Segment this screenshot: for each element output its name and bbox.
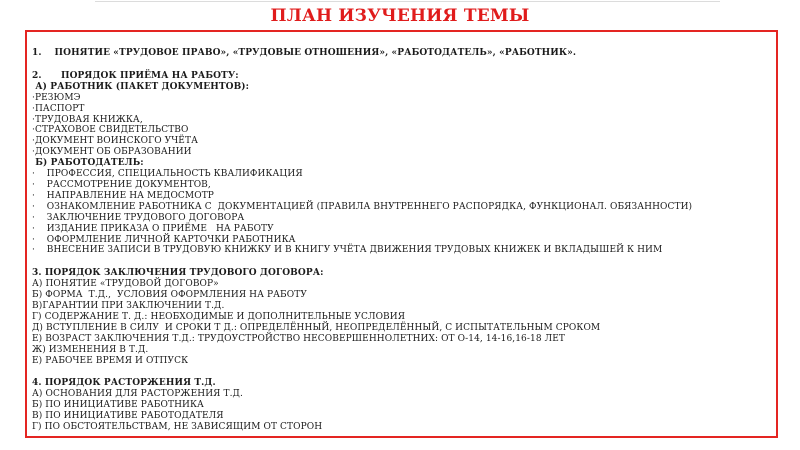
top-edge-divider (95, 1, 720, 2)
plan-text-line: · НАПРАВЛЕНИЕ НА МЕДОСМОТР (32, 191, 772, 202)
plan-text-line: · ЗАКЛЮЧЕНИЕ ТРУДОВОГО ДОГОВОРА (32, 213, 772, 224)
plan-text-line: А) ОСНОВАНИЯ ДЛЯ РАСТОРЖЕНИЯ Т.Д. (32, 389, 772, 400)
slide-title: ПЛАН ИЗУЧЕНИЯ ТЕМЫ (0, 6, 800, 26)
plan-text-line: В)ГАРАНТИИ ПРИ ЗАКЛЮЧЕНИИ Т.Д. (32, 301, 772, 312)
content-frame: 1. ПОНЯТИЕ «ТРУДОВОЕ ПРАВО», «ТРУДОВЫЕ О… (25, 30, 778, 438)
plan-text-line: Г) ПО ОБСТОЯТЕЛЬСТВАМ, НЕ ЗАВИСЯЩИМ ОТ С… (32, 422, 772, 433)
plan-text-line: · ИЗДАНИЕ ПРИКАЗА О ПРИЁМЕ НА РАБОТУ (32, 224, 772, 235)
section-2: 2. ПОРЯДОК ПРИЁМА НА РАБОТУ: А) РАБОТНИК… (32, 71, 772, 256)
plan-text-line: Ж) ИЗМЕНЕНИЯ В Т.Д. (32, 345, 772, 356)
presentation-slide: ПЛАН ИЗУЧЕНИЯ ТЕМЫ 1. ПОНЯТИЕ «ТРУДОВОЕ … (0, 0, 800, 450)
plan-text-line: ·ПАСПОРТ (32, 104, 772, 115)
plan-heading-line: 4. ПОРЯДОК РАСТОРЖЕНИЯ Т.Д. (32, 378, 772, 389)
plan-text-line: ·РЕЗЮМЭ (32, 93, 772, 104)
plan-text-line: · ОЗНАКОМЛЕНИЕ РАБОТНИКА С ДОКУМЕНТАЦИЕЙ… (32, 202, 772, 213)
plan-text-line: · РАССМОТРЕНИЕ ДОКУМЕНТОВ, (32, 180, 772, 191)
plan-text-line: · ПРОФЕССИЯ, СПЕЦИАЛЬНОСТЬ КВАЛИФИКАЦИЯ (32, 169, 772, 180)
plan-heading-line: 2. ПОРЯДОК ПРИЁМА НА РАБОТУ: (32, 71, 772, 82)
plan-text-line: Е) ВОЗРАСТ ЗАКЛЮЧЕНИЯ Т.Д.: ТРУДОУСТРОЙС… (32, 334, 772, 345)
plan-text-line: Б) ФОРМА Т.Д., УСЛОВИЯ ОФОРМЛЕНИЯ НА РАБ… (32, 290, 772, 301)
plan-text-line: Б) ПО ИНИЦИАТИВЕ РАБОТНИКА (32, 400, 772, 411)
section-3: 3. ПОРЯДОК ЗАКЛЮЧЕНИЯ ТРУДОВОГО ДОГОВОРА… (32, 268, 772, 366)
section-1: 1. ПОНЯТИЕ «ТРУДОВОЕ ПРАВО», «ТРУДОВЫЕ О… (32, 48, 772, 59)
plan-text-line: А) ПОНЯТИЕ «ТРУДОВОЙ ДОГОВОР» (32, 279, 772, 290)
plan-heading-line: А) РАБОТНИК (ПАКЕТ ДОКУМЕНТОВ): (32, 82, 772, 93)
plan-heading-line: Б) РАБОТОДАТЕЛЬ: (32, 158, 772, 169)
plan-text-line: В) ПО ИНИЦИАТИВЕ РАБОТОДАТЕЛЯ (32, 411, 772, 422)
plan-heading-line: 3. ПОРЯДОК ЗАКЛЮЧЕНИЯ ТРУДОВОГО ДОГОВОРА… (32, 268, 772, 279)
plan-text-line: Е) РАБОЧЕЕ ВРЕМЯ И ОТПУСК (32, 356, 772, 367)
plan-text-line: Д) ВСТУПЛЕНИЕ В СИЛУ И СРОКИ Т Д.: ОПРЕД… (32, 323, 772, 334)
plan-text-line: ·ДОКУМЕНТ ВОИНСКОГО УЧЁТА (32, 136, 772, 147)
plan-heading-line: 1. ПОНЯТИЕ «ТРУДОВОЕ ПРАВО», «ТРУДОВЫЕ О… (32, 48, 772, 59)
plan-text-line: · ВНЕСЕНИЕ ЗАПИСИ В ТРУДОВУЮ КНИЖКУ И В … (32, 245, 772, 256)
plan-text-line: ·ДОКУМЕНТ ОБ ОБРАЗОВАНИИ (32, 147, 772, 158)
plan-text-line: ·СТРАХОВОЕ СВИДЕТЕЛЬСТВО (32, 125, 772, 136)
section-4: 4. ПОРЯДОК РАСТОРЖЕНИЯ Т.Д.А) ОСНОВАНИЯ … (32, 378, 772, 433)
plan-text-line: Г) СОДЕРЖАНИЕ Т. Д.: НЕОБХОДИМЫЕ И ДОПОЛ… (32, 312, 772, 323)
plan-text-line: · ОФОРМЛЕНИЕ ЛИЧНОЙ КАРТОЧКИ РАБОТНИКА (32, 235, 772, 246)
plan-text-line: ·ТРУДОВАЯ КНИЖКА, (32, 115, 772, 126)
plan-content: 1. ПОНЯТИЕ «ТРУДОВОЕ ПРАВО», «ТРУДОВЫЕ О… (32, 48, 772, 433)
